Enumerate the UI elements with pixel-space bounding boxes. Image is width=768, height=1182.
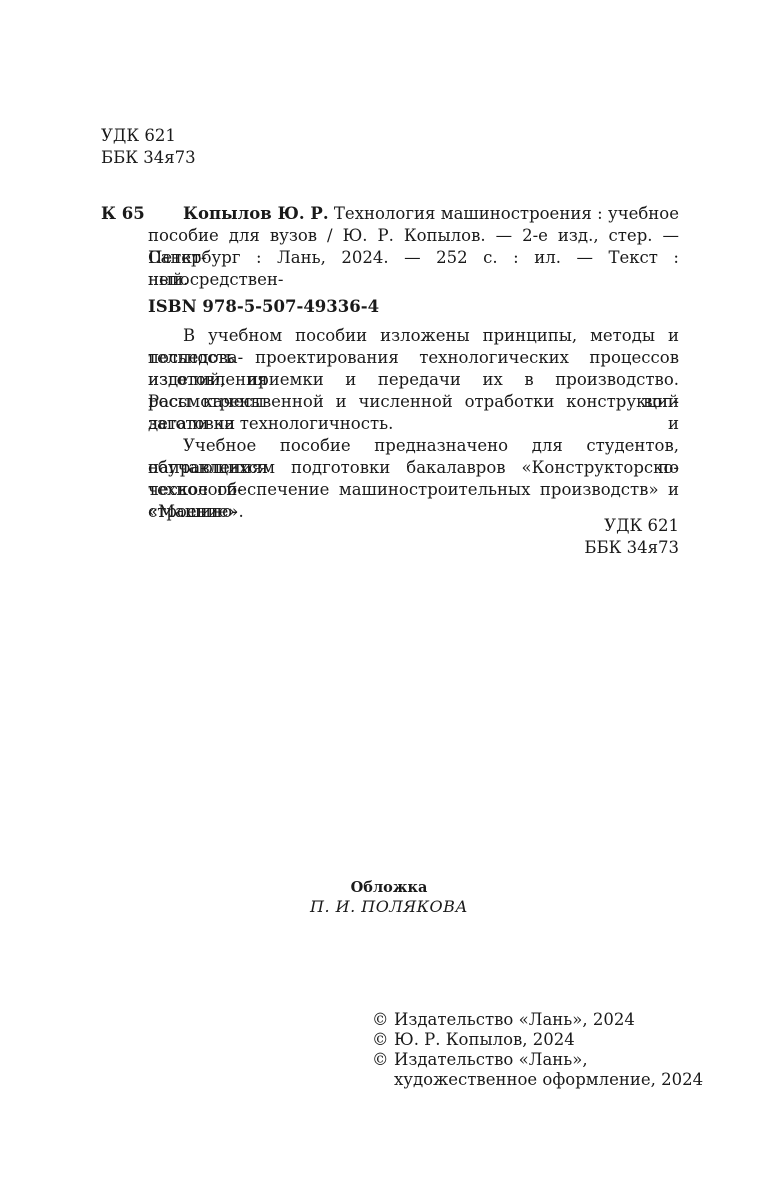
copyright-icon: ©	[372, 1050, 394, 1070]
udk-code: УДК 621	[101, 125, 196, 147]
bbk-code: ББК 34я73	[101, 147, 196, 169]
biblio-line: пособие для вузов / Ю. Р. Копылов. — 2-е…	[148, 225, 679, 247]
copyright-line: ©Ю. Р. Копылов, 2024	[372, 1030, 703, 1050]
copyright-block: ©Издательство «Лань», 2024 ©Ю. Р. Копыло…	[372, 1010, 703, 1090]
abstract-line: В учебном пособии изложены принципы, мет…	[148, 325, 679, 347]
abstract-line: росы качественной и численной отработки …	[148, 391, 679, 413]
copyright-icon: ©	[372, 1010, 394, 1030]
cover-designer: П. И. ПОЛЯКОВА	[300, 897, 478, 917]
author-name: Копылов Ю. Р.	[183, 204, 329, 223]
author-mark: К 65	[101, 203, 145, 225]
abstract-line: ческое обеспечение машиностроительных пр…	[148, 479, 679, 501]
copyright-line-continuation: художественное оформление, 2024	[372, 1070, 703, 1090]
biblio-line: Петербург : Лань, 2024. — 252 с. : ил. —…	[148, 247, 679, 269]
cover-credit: Обложка П. И. ПОЛЯКОВА	[300, 878, 478, 917]
abstract: В учебном пособии изложены принципы, мет…	[148, 325, 679, 523]
cover-label: Обложка	[300, 878, 478, 897]
copyright-line: ©Издательство «Лань»,	[372, 1050, 703, 1070]
copyright-icon: ©	[372, 1030, 394, 1050]
biblio-line: Копылов Ю. Р. Технология машиностроения …	[148, 203, 679, 225]
classification-bottom: УДК 621 ББК 34я73	[584, 515, 679, 559]
abstract-line: изделий, приемки и передачи их в произво…	[148, 369, 679, 391]
title-text: Технология машиностроения : учебное	[329, 204, 679, 223]
abstract-line: направлениям подготовки бакалавров «Конс…	[148, 457, 679, 479]
bibliographic-record: Копылов Ю. Р. Технология машиностроения …	[148, 203, 679, 291]
abstract-line: Учебное пособие предназначено для студен…	[148, 435, 679, 457]
bbk-code: ББК 34я73	[584, 537, 679, 559]
abstract-line: тельность проектирования технологических…	[148, 347, 679, 369]
udk-code: УДК 621	[584, 515, 679, 537]
isbn: ISBN 978-5-507-49336-4	[148, 296, 379, 318]
classification-top: УДК 621 ББК 34я73	[101, 125, 196, 169]
copyright-line: ©Издательство «Лань», 2024	[372, 1010, 703, 1030]
